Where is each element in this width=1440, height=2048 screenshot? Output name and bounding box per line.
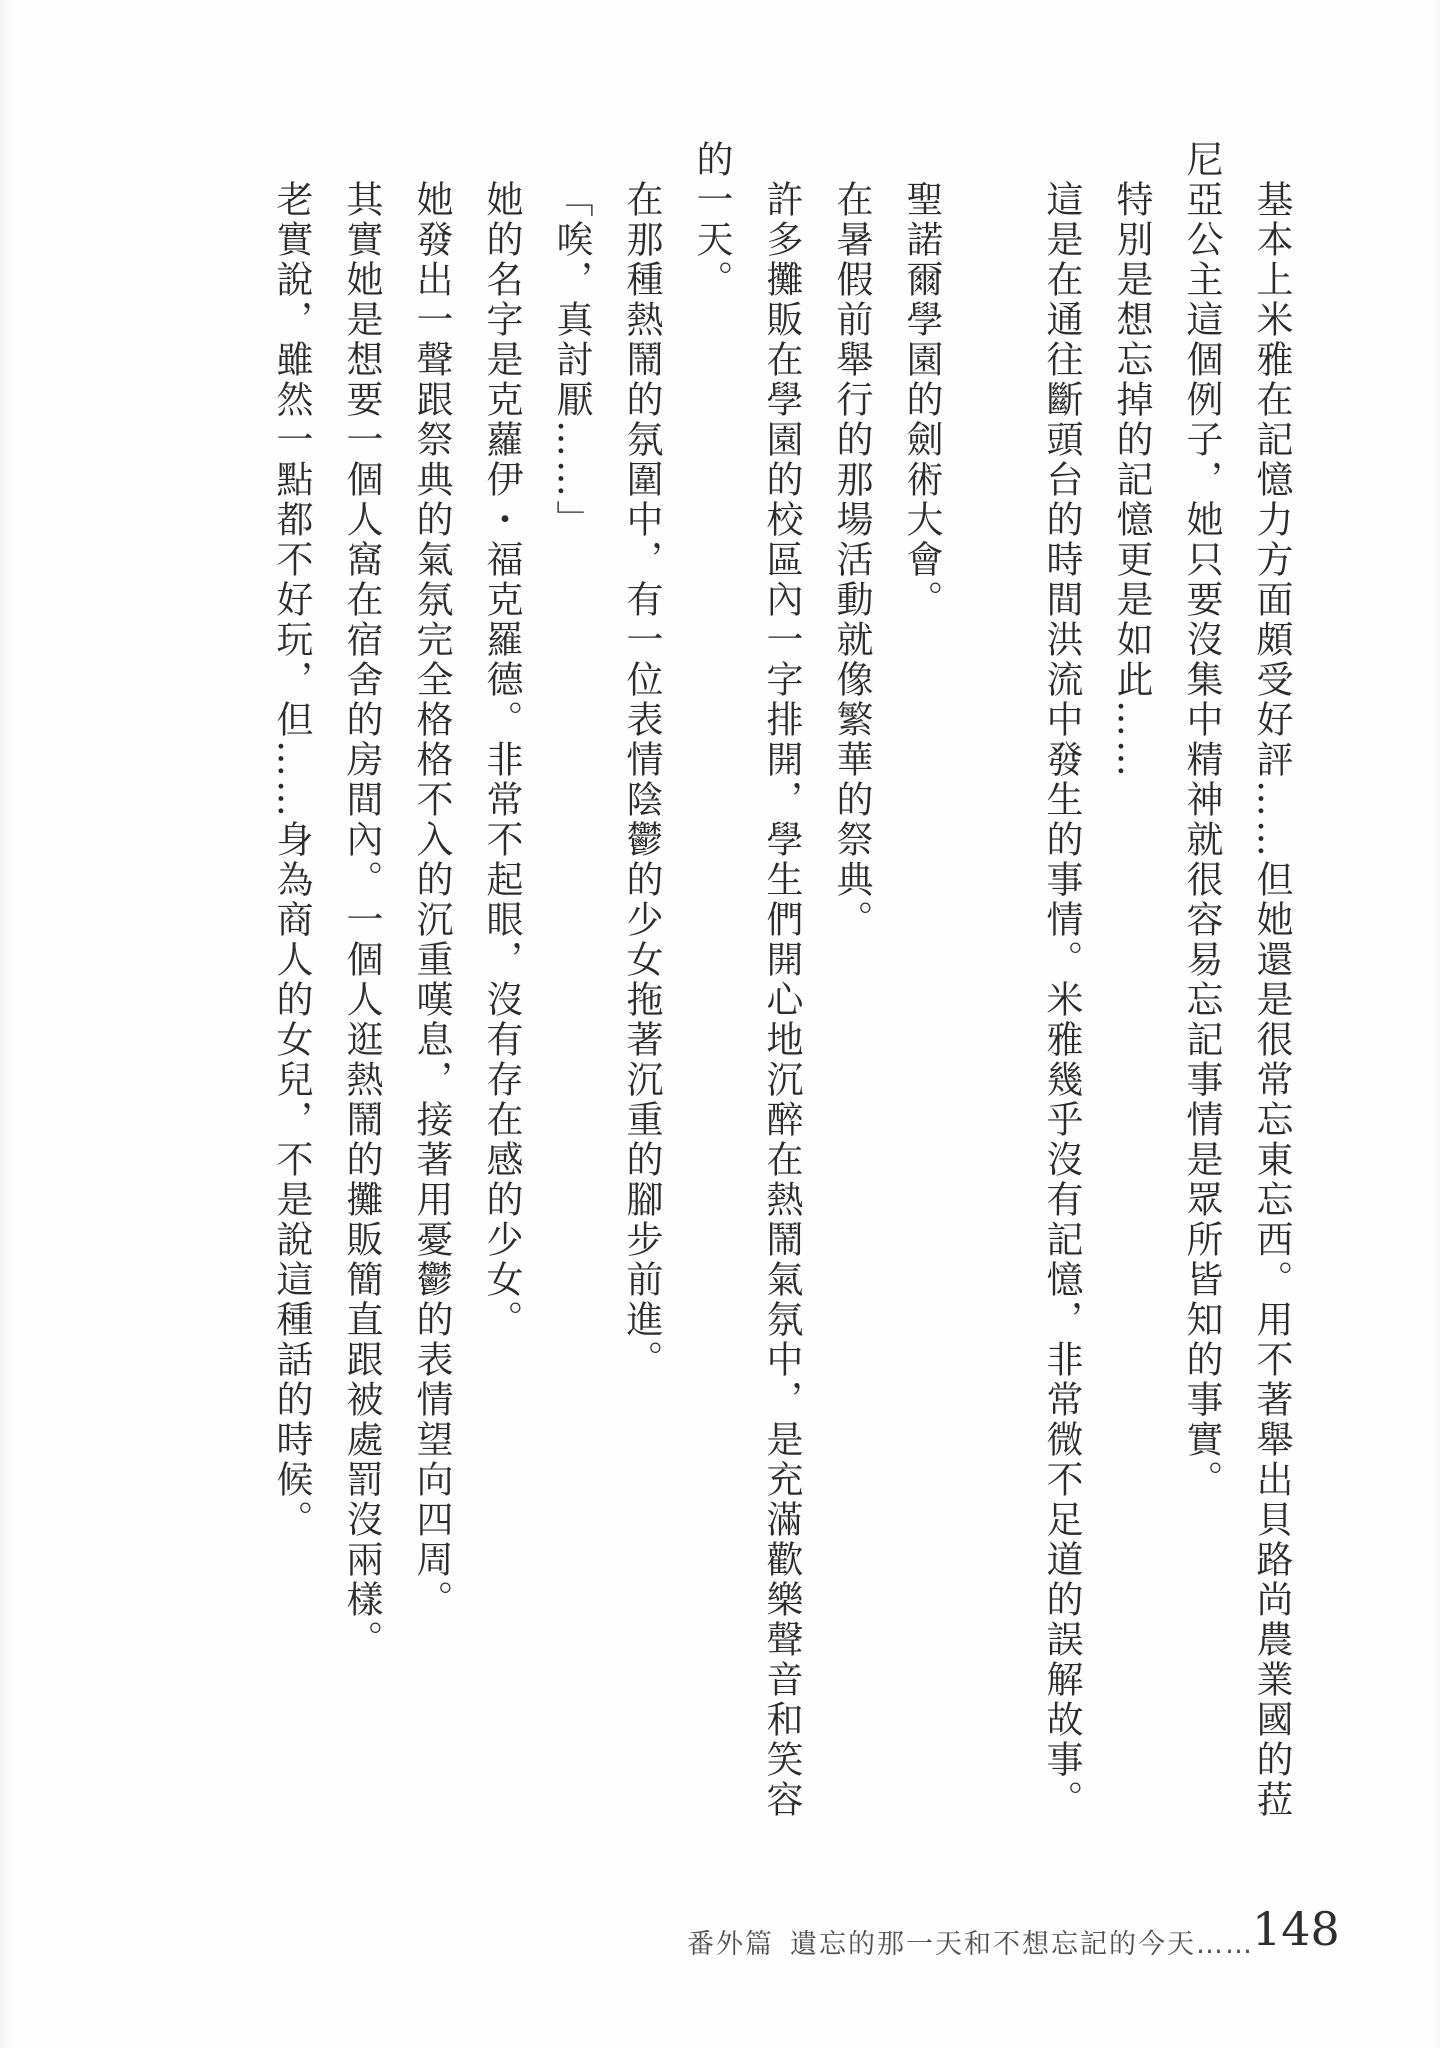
text-column: 這是在通往斷頭台的時間洪流中發生的事情。米雅幾乎沒有記憶，非常微不足道的誤解故事…: [1026, 140, 1096, 1840]
text-column: 「唉，真討厭……」: [536, 140, 606, 1840]
text-column: 她的名字是克蘿伊・福克羅德。非常不起眼，沒有存在感的少女。: [466, 140, 536, 1840]
book-page: 基本上米雅在記憶力方面頗受好評……但她還是很常忘東忘西。用不著舉出貝路尚農業國的…: [0, 0, 1440, 2048]
blank-column: [956, 140, 1026, 1840]
text-column: 其實她是想要一個人窩在宿舍的房間內。一個人逛熱鬧的攤販簡直跟被處罰沒兩樣。: [326, 140, 396, 1840]
body-text: 基本上米雅在記憶力方面頗受好評……但她還是很常忘東忘西。用不著舉出貝路尚農業國的…: [256, 140, 1306, 1840]
text-column: 聖諾爾學園的劍術大會。: [886, 140, 956, 1840]
text-column: 老實說，雖然一點都不好玩，但……身為商人的女兒，不是說這種話的時候。: [256, 140, 326, 1840]
text-column: 在那種熱鬧的氛圍中，有一位表情陰鬱的少女拖著沉重的腳步前進。: [606, 140, 676, 1840]
page-number: 148: [1252, 1902, 1340, 1956]
text-column: 她發出一聲跟祭典的氣氛完全格格不入的沉重嘆息，接著用憂鬱的表情望向四周。: [396, 140, 466, 1840]
page-footer: 番外篇遺忘的那一天和不想忘記的今天…… 148: [0, 1900, 1440, 1980]
text-column: 尼亞公主這個例子，她只要沒集中精神就很容易忘記事情是眾所皆知的事實。: [1166, 140, 1236, 1840]
text-column: 特別是想忘掉的記憶更是如此……: [1096, 140, 1166, 1840]
footer-chapter-title: 番外篇遺忘的那一天和不想忘記的今天……: [687, 1922, 1254, 1961]
text-column: 許多攤販在學園的校區內一字排開，學生們開心地沉醉在熱鬧氣氛中，是充滿歡樂聲音和笑…: [746, 140, 816, 1840]
chapter-title-text: 遺忘的那一天和不想忘記的今天……: [790, 1929, 1254, 1960]
chapter-label: 番外篇: [687, 1929, 774, 1960]
text-column: 基本上米雅在記憶力方面頗受好評……但她還是很常忘東忘西。用不著舉出貝路尚農業國的…: [1236, 140, 1306, 1840]
text-column: 在暑假前舉行的那場活動就像繁華的祭典。: [816, 140, 886, 1840]
text-column: 的一天。: [676, 140, 746, 1840]
